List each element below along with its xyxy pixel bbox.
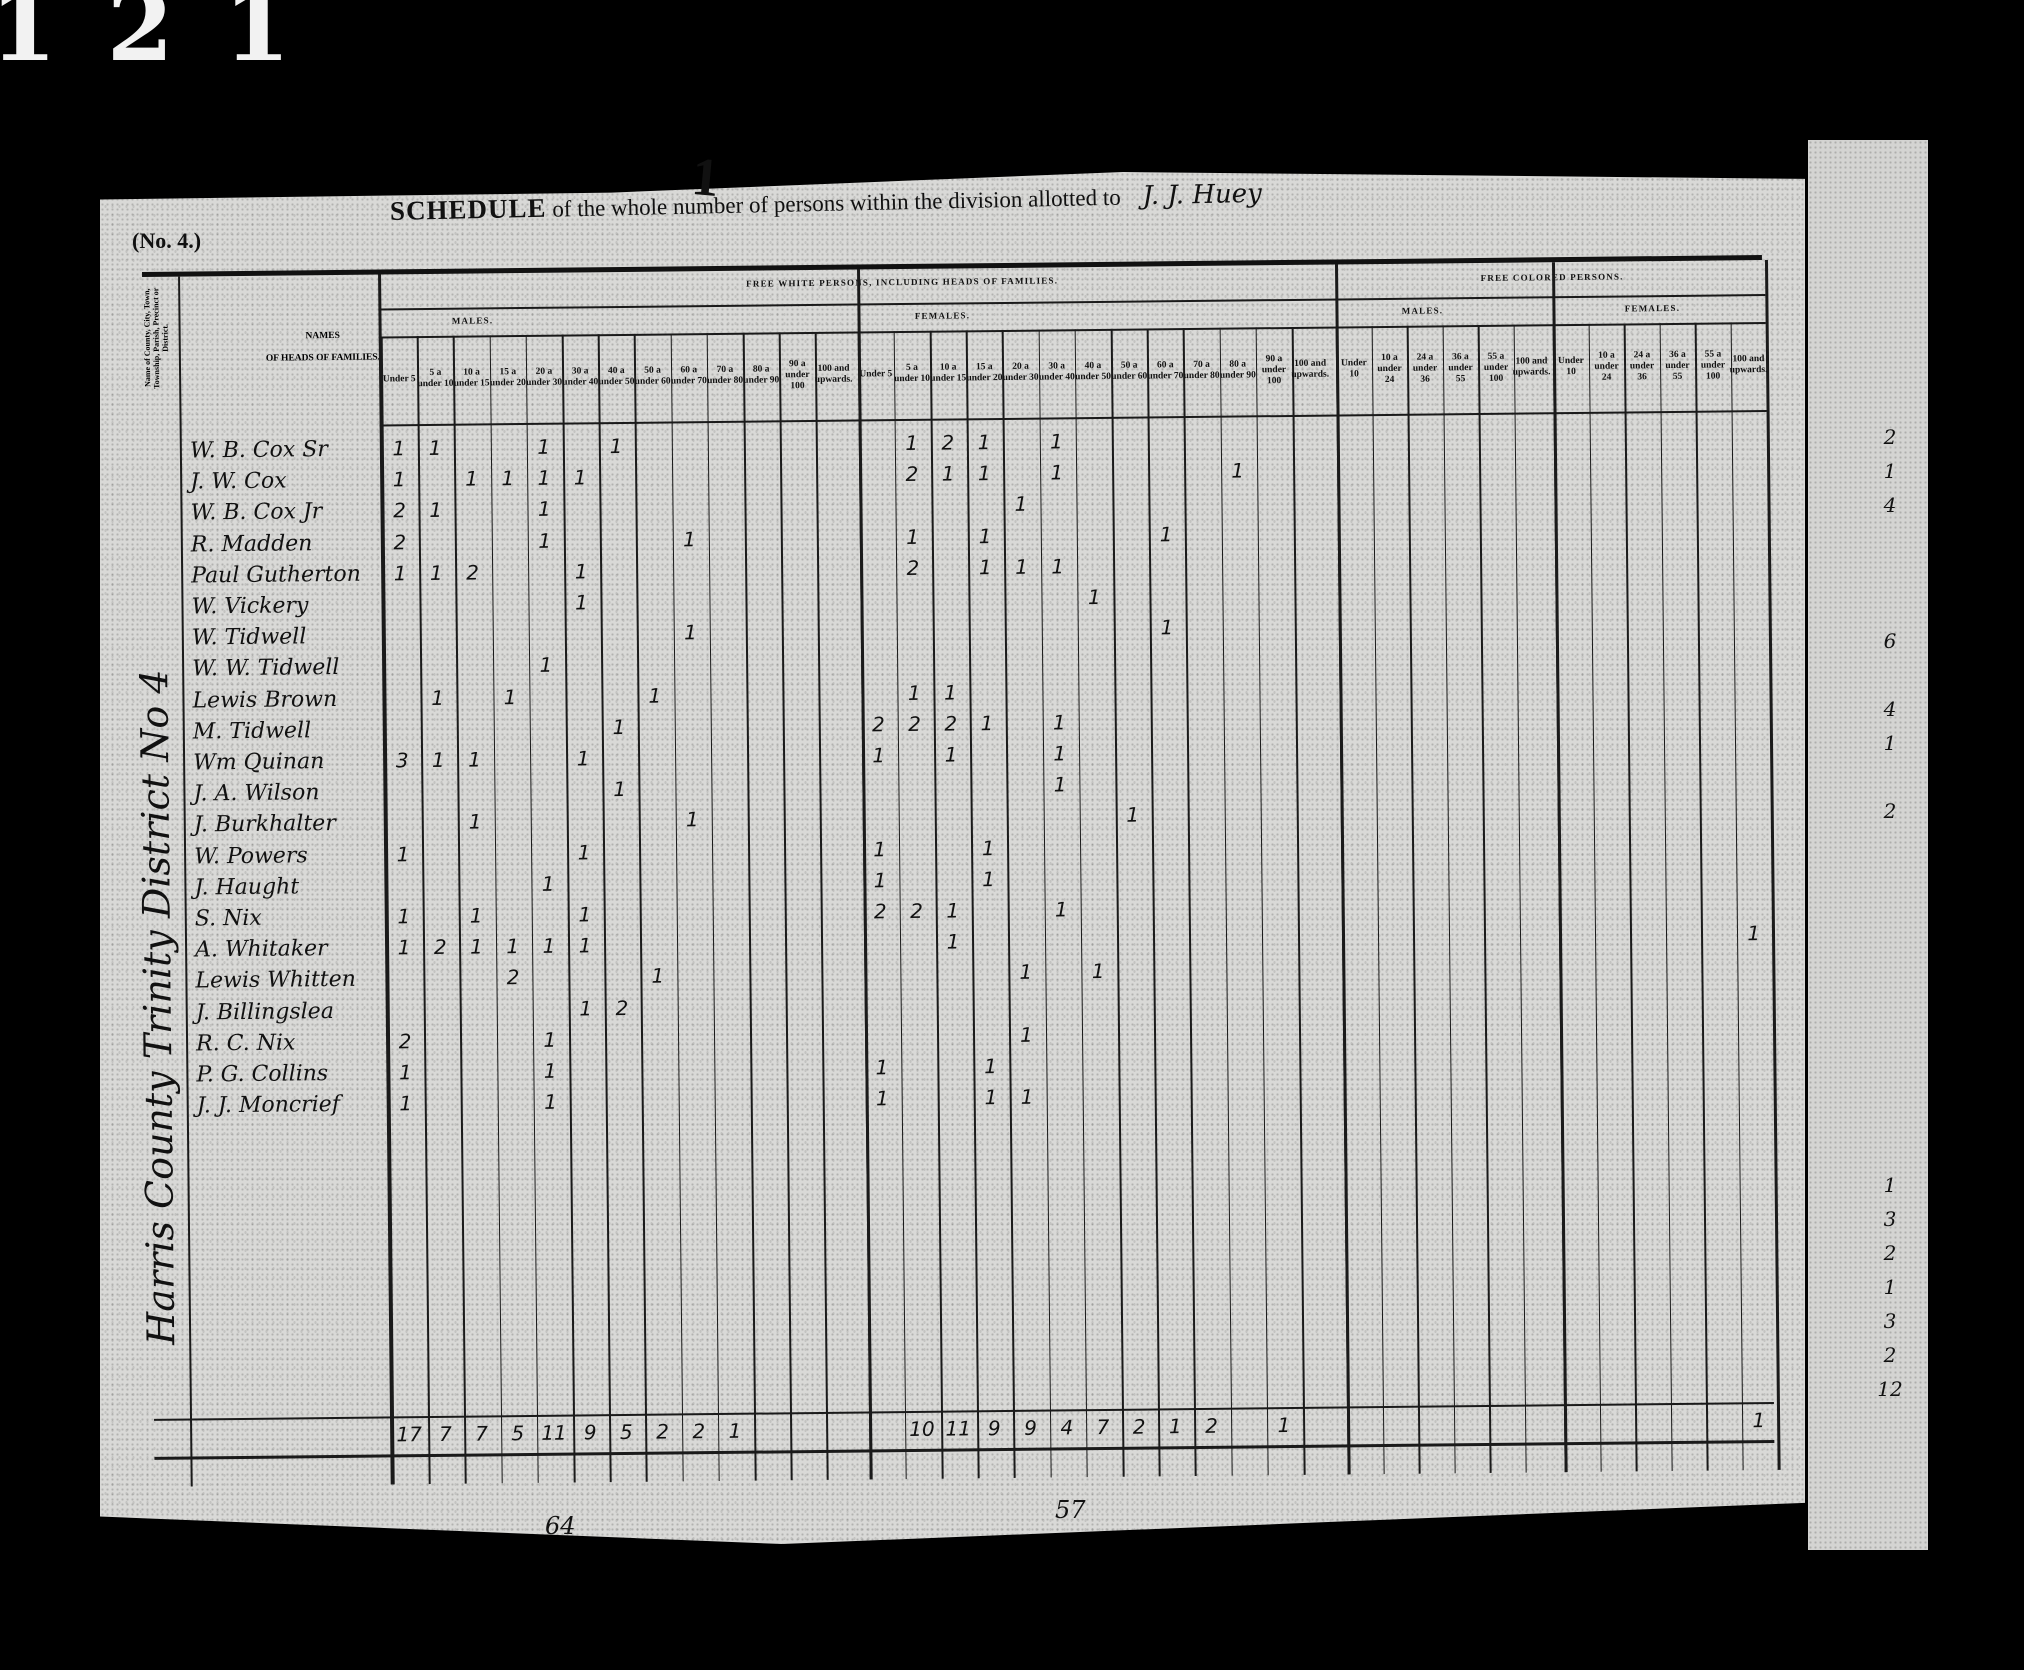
white-male-count: 1 [569, 996, 603, 1020]
white-male-age-header: 100 and upwards. [815, 332, 852, 418]
colored-female-age-header: 36 a under 55 [1659, 323, 1695, 409]
colored-female-age-header: 10 a under 24 [1588, 323, 1624, 409]
adjacent-page-fragment [1808, 140, 1928, 1550]
white-female-total: 10 [905, 1417, 939, 1441]
colored-female-age-header: 55 a under 100 [1695, 322, 1731, 408]
adjacent-page-value: 2 [1870, 1343, 1910, 1367]
white-male-total: 11 [537, 1421, 571, 1445]
enumerator-name: J. J. Huey [1142, 179, 1262, 211]
white-male-age-header: 40 a under 50 [598, 334, 635, 420]
white-male-count: 1 [387, 904, 421, 928]
white-female-count: 1 [1009, 960, 1043, 984]
white-female-total: 11 [941, 1416, 975, 1440]
title-bold: SCHEDULE [390, 193, 547, 226]
white-male-total: 2 [645, 1419, 679, 1443]
white-male-count: 1 [602, 715, 636, 739]
white-male-count: 1 [528, 528, 562, 552]
white-male-total: 2 [682, 1419, 716, 1443]
white-female-age-header: 60 a under 70 [1147, 328, 1184, 414]
white-male-count: 1 [491, 466, 525, 490]
colored-females-header: FEMALES. [1542, 302, 1762, 314]
colored-female-age-header: 100 and upwards. [1730, 322, 1766, 408]
white-male-count: 1 [531, 871, 565, 895]
white-female-count: 2 [863, 899, 897, 923]
white-male-count: 2 [382, 499, 416, 523]
white-female-count: 1 [934, 742, 968, 766]
white-female-total: 9 [977, 1416, 1011, 1440]
white-female-total: 2 [1194, 1414, 1228, 1438]
white-female-age-header: 30 a under 40 [1038, 329, 1075, 415]
white-female-age-header: 20 a under 30 [1002, 330, 1039, 416]
adjacent-page-value: 1 [1870, 731, 1910, 755]
adjacent-page-value: 2 [1870, 1241, 1910, 1265]
colored-males-header: MALES. [1322, 305, 1522, 317]
white-male-age-header: 50 a under 60 [634, 333, 671, 419]
adjacent-page-value: 2 [1870, 425, 1910, 449]
white-male-count: 1 [568, 933, 602, 957]
white-male-count: 1 [387, 935, 421, 959]
white-male-count: 2 [388, 1029, 422, 1053]
white-female-count: 1 [973, 1054, 1007, 1078]
white-male-count: 1 [567, 840, 601, 864]
white-male-count: 1 [421, 748, 455, 772]
white-male-count: 1 [388, 1060, 422, 1084]
totals-row: 1777511952211011994721211 [154, 1402, 1774, 1460]
white-female-age-header: 100 and upwards. [1292, 327, 1329, 413]
white-male-count: 1 [418, 436, 452, 460]
colored-female-total: 1 [1742, 1408, 1776, 1432]
white-female-total: 4 [1050, 1415, 1084, 1439]
white-female-count: 2 [861, 712, 895, 736]
white-male-total: 5 [609, 1420, 643, 1444]
white-male-count: 2 [605, 995, 639, 1019]
white-male-count: 1 [603, 777, 637, 801]
white-female-count: 1 [931, 462, 965, 486]
adjacent-page-value: 3 [1870, 1309, 1910, 1333]
white-male-age-header: 70 a under 80 [706, 333, 743, 419]
white-female-count: 1 [1039, 429, 1073, 453]
white-female-count: 1 [863, 837, 897, 861]
adjacent-page-value: 1 [1870, 1173, 1910, 1197]
microfilm-frame-number: 121 [0, 0, 340, 83]
white-male-count: 1 [493, 685, 527, 709]
white-female-age-header: 10 a under 15 [930, 330, 967, 416]
white-male-age-header: 90 a under 100 [779, 332, 816, 418]
white-male-total: 7 [464, 1421, 498, 1445]
white-male-total: 1 [718, 1419, 752, 1443]
white-male-count: 1 [638, 683, 672, 707]
white-male-count: 1 [533, 1059, 567, 1083]
head-of-family-name: J. Burkhalter [194, 810, 444, 838]
white-male-count: 1 [564, 559, 598, 583]
white-male-count: 1 [641, 964, 675, 988]
head-of-family-name: W. Tidwell [192, 623, 442, 651]
head-of-family-name: W. Vickery [191, 592, 441, 620]
white-female-total: 1 [1267, 1413, 1301, 1437]
white-female-total: 9 [1013, 1416, 1047, 1440]
white-female-age-header: 15 a under 20 [966, 330, 1003, 416]
white-female-count: 1 [895, 431, 929, 455]
white-male-age-header: Under 5 [381, 336, 418, 422]
white-male-count: 1 [386, 842, 420, 866]
white-female-count: 2 [897, 712, 931, 736]
white-male-total: 5 [501, 1421, 535, 1445]
adjacent-page-value: 1 [1870, 1275, 1910, 1299]
colored-male-age-header: 10 a under 24 [1371, 326, 1407, 412]
white-female-age-header: 40 a under 50 [1074, 329, 1111, 415]
white-female-count: 1 [1010, 1085, 1044, 1109]
white-female-count: 1 [971, 867, 1005, 891]
white-female-count: 1 [1150, 615, 1184, 639]
white-female-age-header: 80 a under 90 [1219, 327, 1256, 413]
white-male-age-header: 10 a under 15 [453, 335, 490, 421]
adjacent-page-value: 3 [1870, 1207, 1910, 1231]
white-female-count: 1 [970, 711, 1004, 735]
white-female-count: 1 [971, 836, 1005, 860]
head-of-family-name: Lewis Brown [192, 685, 442, 713]
white-male-count: 1 [527, 497, 561, 521]
female-sum: 57 [1055, 1496, 1086, 1524]
white-female-count: 1 [933, 680, 967, 704]
colored-male-age-header: 55 a under 100 [1478, 325, 1514, 411]
white-female-age-header: Under 5 [857, 331, 894, 417]
location-header: Name of County, City, Town, Township, Pa… [142, 283, 179, 393]
white-male-count: 1 [563, 465, 597, 489]
adjacent-page-value: 4 [1870, 493, 1910, 517]
white-male-count: 1 [459, 935, 493, 959]
white-female-count: 1 [865, 1086, 899, 1110]
male-sum: 64 [545, 1512, 576, 1540]
white-male-count: 2 [496, 965, 530, 989]
white-male-age-header: 20 a under 30 [525, 335, 562, 421]
adjacent-page-value: 4 [1870, 697, 1910, 721]
white-male-count: 1 [454, 467, 488, 491]
white-female-age-header: 50 a under 60 [1111, 328, 1148, 414]
white-male-count: 2 [455, 560, 489, 584]
head-of-family-name: Lewis Whitten [195, 966, 445, 994]
white-male-count: 1 [675, 807, 709, 831]
head-of-family-name: W. W. Tidwell [192, 654, 442, 682]
white-male-count: 1 [566, 746, 600, 770]
colored-male-age-header: 100 and upwards. [1513, 324, 1549, 410]
white-female-count: 1 [1004, 492, 1038, 516]
white-male-count: 1 [496, 934, 530, 958]
white-female-count: 1 [1041, 554, 1075, 578]
white-male-count: 1 [382, 467, 416, 491]
white-male-count: 1 [389, 1091, 423, 1115]
head-of-family-name: M. Tidwell [193, 717, 443, 745]
white-female-count: 1 [1149, 522, 1183, 546]
adjacent-page-value: 1 [1870, 459, 1910, 483]
white-male-total: 17 [392, 1422, 426, 1446]
white-female-count: 1 [1116, 803, 1150, 827]
white-male-count: 1 [672, 527, 706, 551]
head-of-family-name: J. Haught [194, 873, 444, 901]
white-female-count: 1 [895, 524, 929, 548]
colored-female-age-header: 24 a under 36 [1624, 323, 1660, 409]
white-females-header: FEMALES. [662, 308, 1222, 324]
white-male-count: 2 [383, 530, 417, 554]
white-female-count: 2 [896, 556, 930, 580]
white-male-total: 9 [573, 1420, 607, 1444]
white-male-count: 1 [527, 466, 561, 490]
white-male-age-header: 60 a under 70 [670, 333, 707, 419]
white-male-age-header: 80 a under 90 [743, 332, 780, 418]
form-number: (No. 4.) [132, 228, 201, 254]
white-female-count: 1 [936, 898, 970, 922]
white-female-count: 1 [1081, 959, 1115, 983]
white-male-age-header: 5 a under 10 [417, 336, 454, 422]
white-female-total: 1 [1158, 1414, 1192, 1438]
white-female-count: 1 [865, 1055, 899, 1079]
white-male-age-header: 30 a under 40 [562, 334, 599, 420]
colored-female-count: 1 [1737, 921, 1771, 945]
white-female-count: 1 [897, 680, 931, 704]
white-male-count: 1 [564, 590, 598, 614]
white-male-count: 1 [419, 561, 453, 585]
white-female-count: 1 [1043, 741, 1077, 765]
colored-female-age-header: Under 10 [1553, 324, 1589, 410]
white-female-count: 1 [1009, 1022, 1043, 1046]
white-female-count: 1 [1043, 772, 1077, 796]
white-female-count: 1 [968, 555, 1002, 579]
white-female-count: 1 [1004, 554, 1038, 578]
adjacent-page-value: 6 [1870, 629, 1910, 653]
white-female-total: 2 [1122, 1414, 1156, 1438]
white-male-count: 1 [459, 903, 493, 927]
adjacent-page-value: 12 [1870, 1377, 1910, 1401]
white-male-count: 1 [527, 435, 561, 459]
white-male-age-header: 15 a under 20 [489, 335, 526, 421]
white-female-age-header: 90 a under 100 [1255, 327, 1292, 413]
white-female-count: 2 [895, 462, 929, 486]
white-male-count: 1 [457, 747, 491, 771]
white-male-count: 1 [533, 1027, 567, 1051]
white-female-count: 1 [1077, 585, 1111, 609]
white-male-count: 1 [419, 498, 453, 522]
adjacent-page-value: 2 [1870, 799, 1910, 823]
white-female-count: 1 [967, 430, 1001, 454]
white-female-count: 1 [936, 930, 970, 954]
free-white-header: FREE WHITE PERSONS, INCLUDING HEADS OF F… [622, 274, 1182, 290]
white-female-total: 7 [1086, 1415, 1120, 1439]
white-female-count: 2 [934, 711, 968, 735]
white-female-count: 1 [1042, 710, 1076, 734]
white-female-count: 1 [1221, 459, 1255, 483]
white-male-count: 1 [533, 1090, 567, 1114]
white-female-count: 1 [1040, 460, 1074, 484]
white-male-total: 7 [428, 1422, 462, 1446]
white-male-count: 1 [382, 436, 416, 460]
white-female-count: 1 [1044, 897, 1078, 921]
colored-male-age-header: 36 a under 55 [1442, 325, 1478, 411]
colored-male-age-header: Under 10 [1336, 326, 1372, 412]
white-female-age-header: 70 a under 80 [1183, 328, 1220, 414]
white-male-count: 1 [421, 685, 455, 709]
white-male-count: 2 [423, 935, 457, 959]
white-males-header: MALES. [292, 314, 652, 328]
census-table: Name of County, City, Town, Township, Pa… [142, 255, 1775, 1487]
white-male-count: 1 [599, 434, 633, 458]
white-male-count: 1 [532, 934, 566, 958]
white-male-count: 3 [385, 748, 419, 772]
colored-male-age-header: 24 a under 36 [1407, 325, 1443, 411]
white-female-age-header: 5 a under 10 [893, 331, 930, 417]
white-male-count: 1 [673, 620, 707, 644]
white-female-count: 1 [967, 461, 1001, 485]
white-female-count: 2 [899, 899, 933, 923]
white-male-count: 1 [458, 810, 492, 834]
white-male-count: 1 [529, 653, 563, 677]
white-female-count: 1 [863, 868, 897, 892]
white-female-count: 1 [974, 1085, 1008, 1109]
white-male-count: 1 [383, 561, 417, 585]
head-of-family-name: J. A. Wilson [193, 779, 443, 807]
head-of-family-name: J. Billingslea [196, 997, 446, 1025]
white-male-count: 1 [568, 902, 602, 926]
white-female-count: 2 [931, 430, 965, 454]
white-female-count: 1 [862, 743, 896, 767]
white-female-count: 1 [968, 524, 1002, 548]
